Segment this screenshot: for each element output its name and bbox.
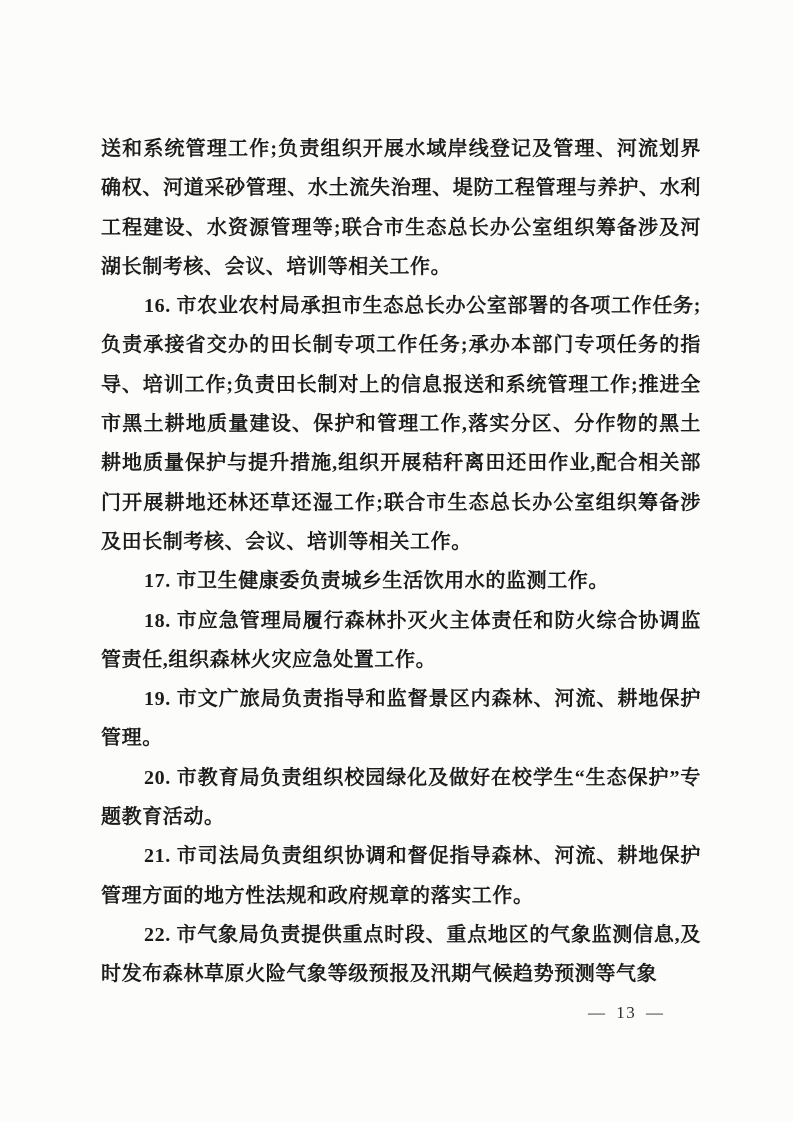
paragraph-item-21: 21. 市司法局负责组织协调和督促指导森林、河流、耕地保护管理方面的地方性法规和… <box>101 837 701 916</box>
paragraph-continuation: 送和系统管理工作;负责组织开展水域岸线登记及管理、河流划界确权、河道采砂管理、水… <box>101 130 701 287</box>
document-body: 送和系统管理工作;负责组织开展水域岸线登记及管理、河流划界确权、河道采砂管理、水… <box>101 130 701 995</box>
paragraph-item-17: 17. 市卫生健康委负责城乡生活饮用水的监测工作。 <box>101 562 701 601</box>
paragraph-item-20: 20. 市教育局负责组织校园绿化及做好在校学生“生态保护”专题教育活动。 <box>101 759 701 838</box>
paragraph-item-19: 19. 市文广旅局负责指导和监督景区内森林、河流、耕地保护管理。 <box>101 680 701 759</box>
paragraph-item-18: 18. 市应急管理局履行森林扑灭火主体责任和防火综合协调监管责任,组织森林火灾应… <box>101 602 701 681</box>
paragraph-item-16: 16. 市农业农村局承担市生态总长办公室部署的各项工作任务;负责承接省交办的田长… <box>101 287 701 562</box>
document-page: 送和系统管理工作;负责组织开展水域岸线登记及管理、河流划界确权、河道采砂管理、水… <box>0 0 793 1122</box>
paragraph-item-22: 22. 市气象局负责提供重点时段、重点地区的气象监测信息,及时发布森林草原火险气… <box>101 916 701 995</box>
page-number: — 13 — <box>588 1000 665 1026</box>
